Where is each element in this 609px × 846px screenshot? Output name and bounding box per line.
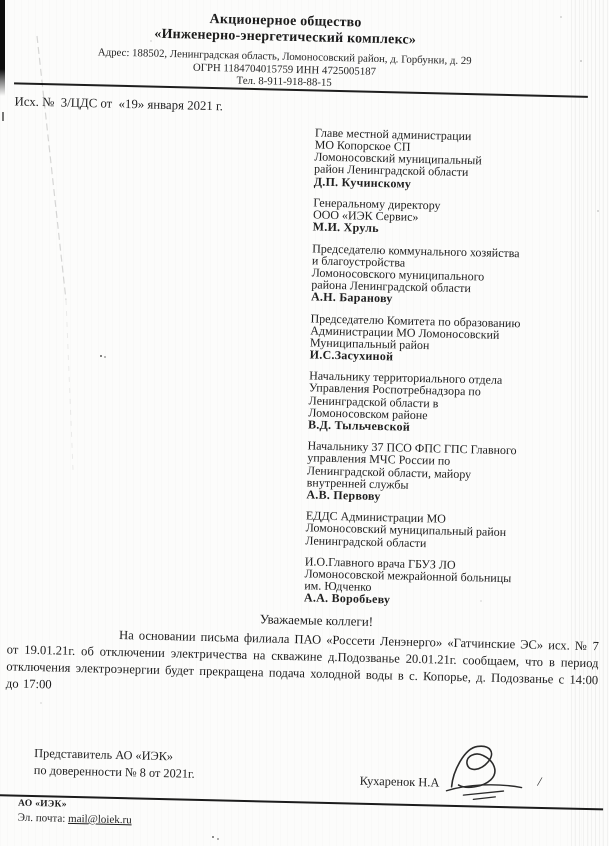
recipient-block: Главе местной администрацииМО Копорское … [314,126,593,194]
reference-line: Исх. № 3/ЦДС от «19» января 2021 г. [14,94,609,123]
signer-title-block: Представитель АО «ИЭК» по доверенности №… [33,745,195,799]
recipient-block: Председателю коммунального хозяйстваи бл… [311,242,590,310]
recipients-list: Главе местной администрацииМО Копорское … [304,126,593,610]
scan-corner-artifact [0,0,5,96]
recipient-block: И.О.Главного врача ГБУЗ ЛОЛомоносовской … [304,555,583,610]
signature-block: Кухаренок Н.А / [359,765,556,808]
recipient-block: Начальнику 37 ПСО ФПС ГПС Главногоуправл… [306,440,585,508]
letter-content: Акционерное общество «Инженерно-энергети… [0,0,609,837]
scanned-letter-page: Акционерное общество «Инженерно-энергети… [0,0,609,846]
signer-title-line-2: по доверенности № 8 от 2021г. [34,762,195,782]
recipient-block: ЕДДС Администрации МОЛомоносовский муниц… [305,510,584,553]
signer-name: Кухаренок Н.А [360,774,440,791]
recipient-block: Генеральному директоруООО «ИЭК Сервис»М.… [313,196,592,239]
recipient-block: Начальнику территориального отделаУправл… [308,370,587,438]
body-paragraph: На основании письма филиала ПАО «Россети… [6,625,599,707]
scan-edge-mark [2,112,4,121]
letterhead: Акционерное общество «Инженерно-энергети… [0,0,609,96]
footer-email: mail@loiek.ru [68,813,132,826]
handwritten-signature [441,741,538,803]
recipient-block: Председателю Комитета по образованиюАдми… [310,312,589,367]
footer-email-label: Эл. почта: [18,812,69,825]
